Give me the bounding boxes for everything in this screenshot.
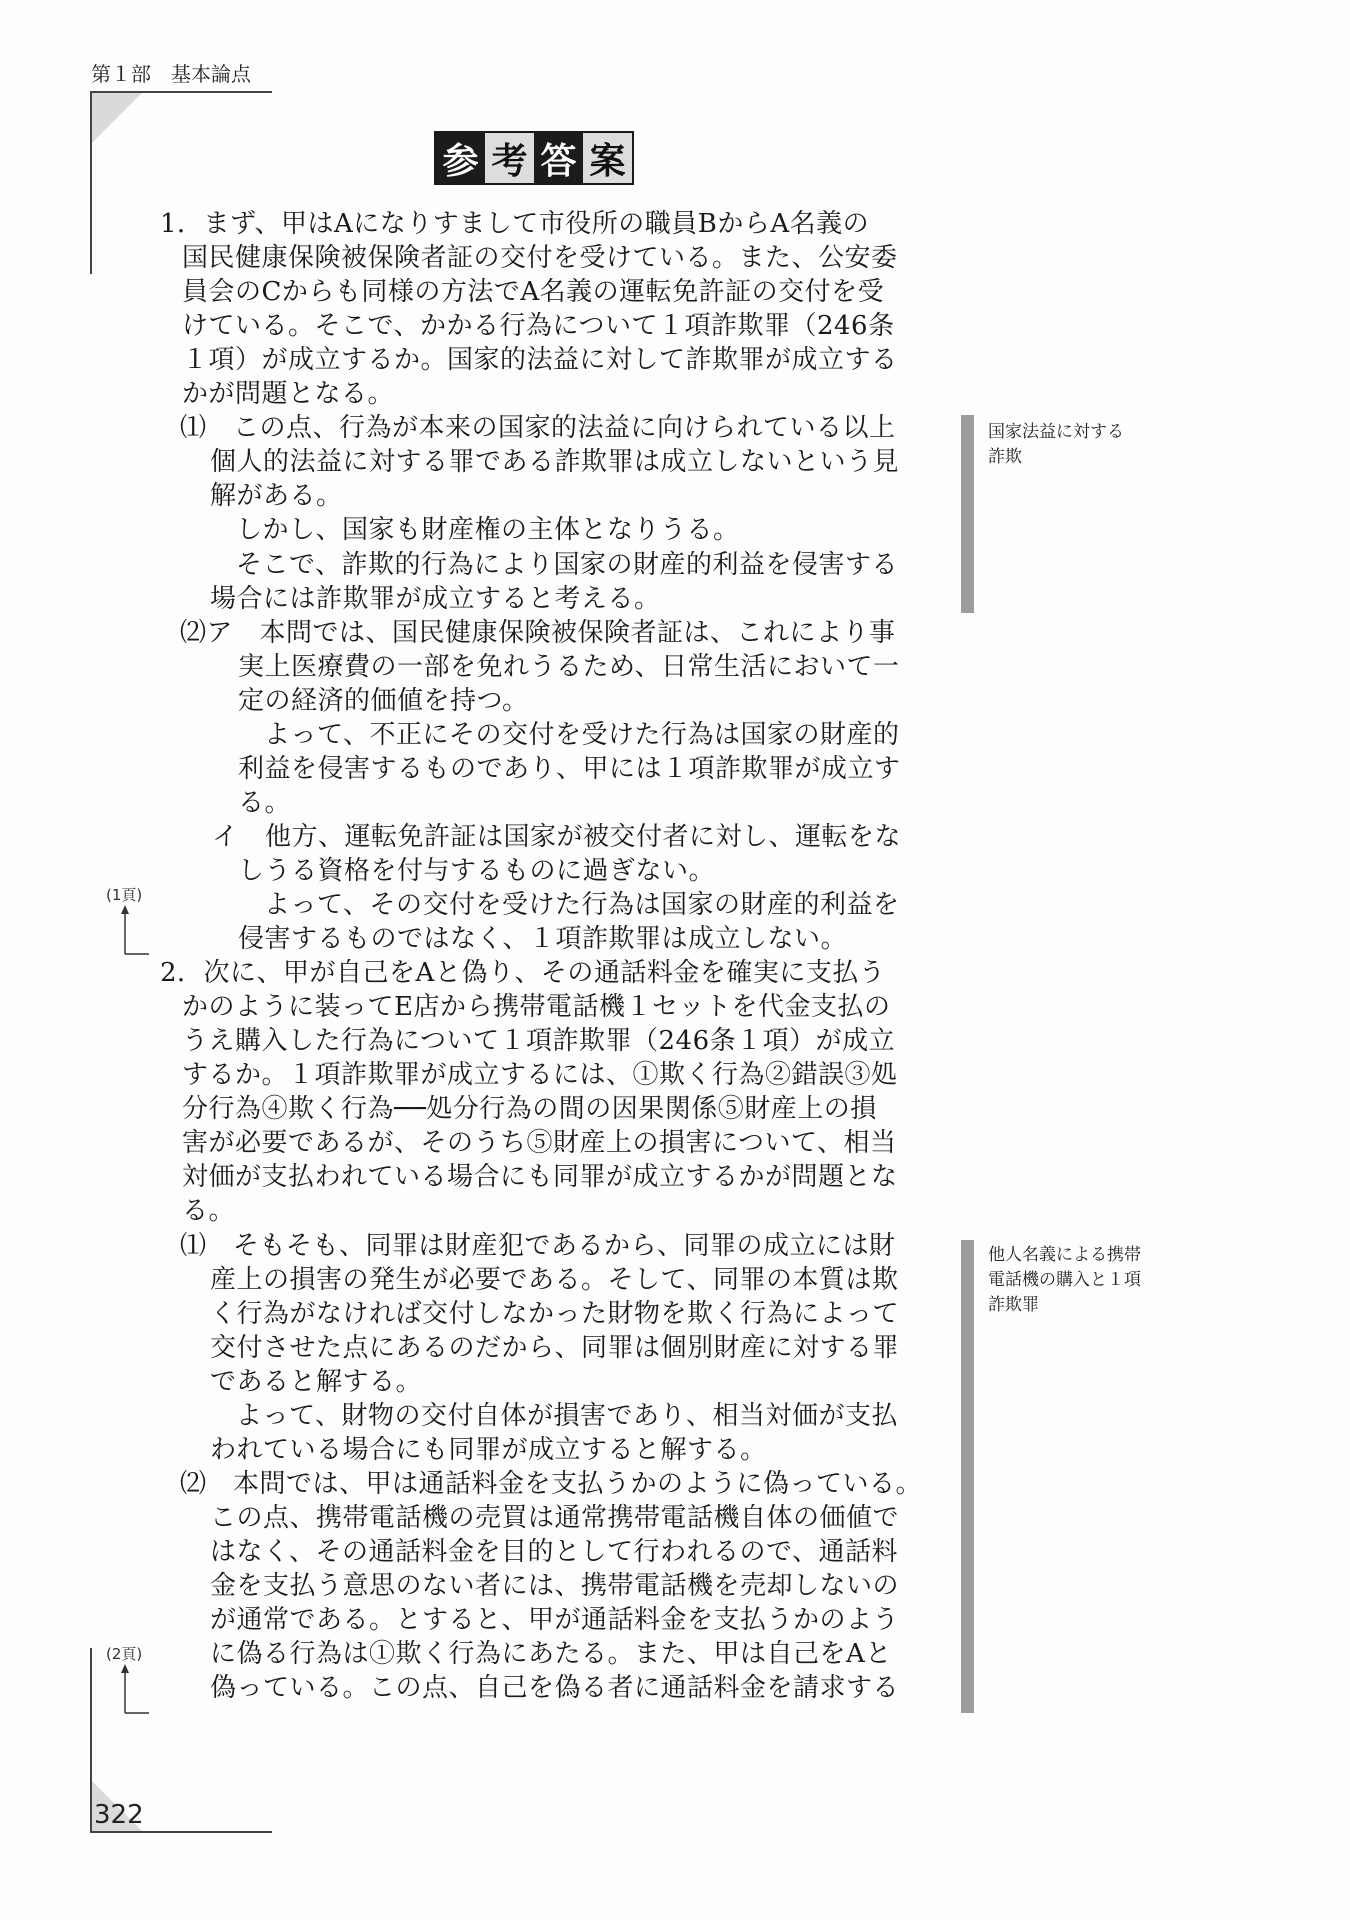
- body-line: われている場合にも同罪が成立すると解する。: [210, 1433, 767, 1467]
- body-line: １項）が成立するか。国家的法益に対して詐欺罪が成立する: [182, 343, 898, 377]
- body-line: ⑴ そもそも、同罪は財産犯であるから、同罪の成立には財: [180, 1229, 896, 1263]
- title-char: 考: [485, 133, 534, 183]
- margin-note: 国家法益に対する 詐欺: [988, 420, 1124, 470]
- body-line: かが問題となる。: [182, 377, 394, 411]
- margin-note: 他人名義による携帯 電話機の購入と１項 詐欺罪: [988, 1243, 1141, 1318]
- body-line: 解がある。: [210, 479, 343, 513]
- body-line: く行為がなければ交付しなかった財物を欺く行為によって: [210, 1297, 899, 1331]
- body-line: ⑵ 本問では、甲は通話料金を支払うかのように偽っている。: [180, 1467, 922, 1501]
- body-line: イ 他方、運転免許証は国家が被交付者に対し、運転をな: [212, 820, 901, 854]
- body-line: 利益を侵害するものであり、甲には１項詐欺罪が成立す: [238, 752, 901, 786]
- running-head: 第１部 基本論点: [91, 58, 251, 87]
- body-line: 場合には詐欺罪が成立すると考える。: [210, 582, 661, 616]
- body-line: 員会のCからも同様の方法でA名義の運転免許証の交付を受: [182, 275, 884, 309]
- body-line: 分行為④欺く行為──処分行為の間の因果関係⑤財産上の損: [182, 1092, 877, 1126]
- title-char: 参: [436, 133, 485, 183]
- margin-bar: [961, 415, 974, 613]
- body-line: この点、携帯電話機の売買は通常携帯電話機自体の価値で: [210, 1501, 899, 1535]
- body-line: であると解する。: [210, 1365, 422, 1399]
- corner-triangle-top: [92, 93, 142, 143]
- body-line: 害が必要であるが、そのうち⑤財産上の損害について、相当: [182, 1126, 896, 1160]
- page-number: 322: [94, 1800, 144, 1830]
- body-line: 個人的法益に対する罪である詐欺罪は成立しないという見: [210, 445, 899, 479]
- body-line: 国民健康保険被保険者証の交付を受けている。また、公安委: [182, 241, 898, 275]
- body-line: 偽っている。この点、自己を偽る者に通話料金を請求する: [210, 1671, 899, 1705]
- body-line: ⑵ア 本問では、国民健康保険被保険者証は、これにより事: [180, 616, 896, 650]
- body-line: かのように装ってE店から携帯電話機１セットを代金支払の: [182, 990, 890, 1024]
- body-line: 定の経済的価値を持つ。: [238, 684, 528, 718]
- title-char: 案: [583, 133, 632, 183]
- body-line: 金を支払う意思のない者には、携帯電話機を売却しないの: [210, 1569, 899, 1603]
- body-line: ⑴ この点、行為が本来の国家的法益に向けられている以上: [180, 411, 896, 445]
- body-line: る。: [182, 1194, 235, 1228]
- page-marker: (2頁): [106, 1643, 142, 1664]
- body-line: る。: [238, 786, 291, 820]
- body-line: に偽る行為は①欺く行為にあたる。また、甲は自己をAと: [210, 1637, 892, 1671]
- body-line: 1．まず、甲はAになりすまして市役所の職員BからA名義の: [160, 207, 869, 241]
- body-line: 2．次に、甲が自己をAと偽り、その通話料金を確実に支払う: [160, 956, 885, 990]
- body-line: よって、不正にその交付を受けた行為は国家の財産的: [264, 718, 899, 752]
- arrow-up-icon: [118, 905, 152, 957]
- section-title: 参 考 答 案: [434, 131, 634, 185]
- page-marker: (1頁): [106, 884, 142, 905]
- arrow-up-icon: [118, 1664, 152, 1716]
- body-line: 産上の損害の発生が必要である。そして、同罪の本質は欺: [210, 1263, 898, 1297]
- body-line: 交付させた点にあるのだから、同罪は個別財産に対する罪: [210, 1331, 899, 1365]
- body-line: 侵害するものではなく、１項詐欺罪は成立しない。: [238, 922, 847, 956]
- body-line: しうる資格を付与するものに過ぎない。: [238, 854, 715, 888]
- body-line: よって、その交付を受けた行為は国家の財産的利益を: [264, 888, 899, 922]
- body-line: そこで、詐欺的行為により国家の財産的利益を侵害する: [236, 548, 898, 582]
- body-line: けている。そこで、かかる行為について１項詐欺罪（246条: [182, 309, 895, 343]
- body-line: 実上医療費の一部を免れうるため、日常生活において一: [238, 650, 899, 684]
- body-line: が通常である。とすると、甲が通話料金を支払うかのよう: [210, 1603, 899, 1637]
- body-line: しかし、国家も財産権の主体となりうる。: [236, 513, 740, 547]
- body-line: よって、財物の交付自体が損害であり、相当対価が支払: [236, 1399, 898, 1433]
- body-line: はなく、その通話料金を目的として行われるので、通話料: [210, 1535, 898, 1569]
- title-char: 答: [534, 133, 583, 183]
- body-line: うえ購入した行為について１項詐欺罪（246条１項）が成立: [182, 1024, 895, 1058]
- body-line: 対価が支払われている場合にも同罪が成立するかが問題とな: [182, 1160, 898, 1194]
- frame-bottom-rule: [90, 1831, 272, 1833]
- margin-bar: [961, 1240, 974, 1713]
- body-line: するか。１項詐欺罪が成立するには、①欺く行為②錯誤③処: [182, 1058, 898, 1092]
